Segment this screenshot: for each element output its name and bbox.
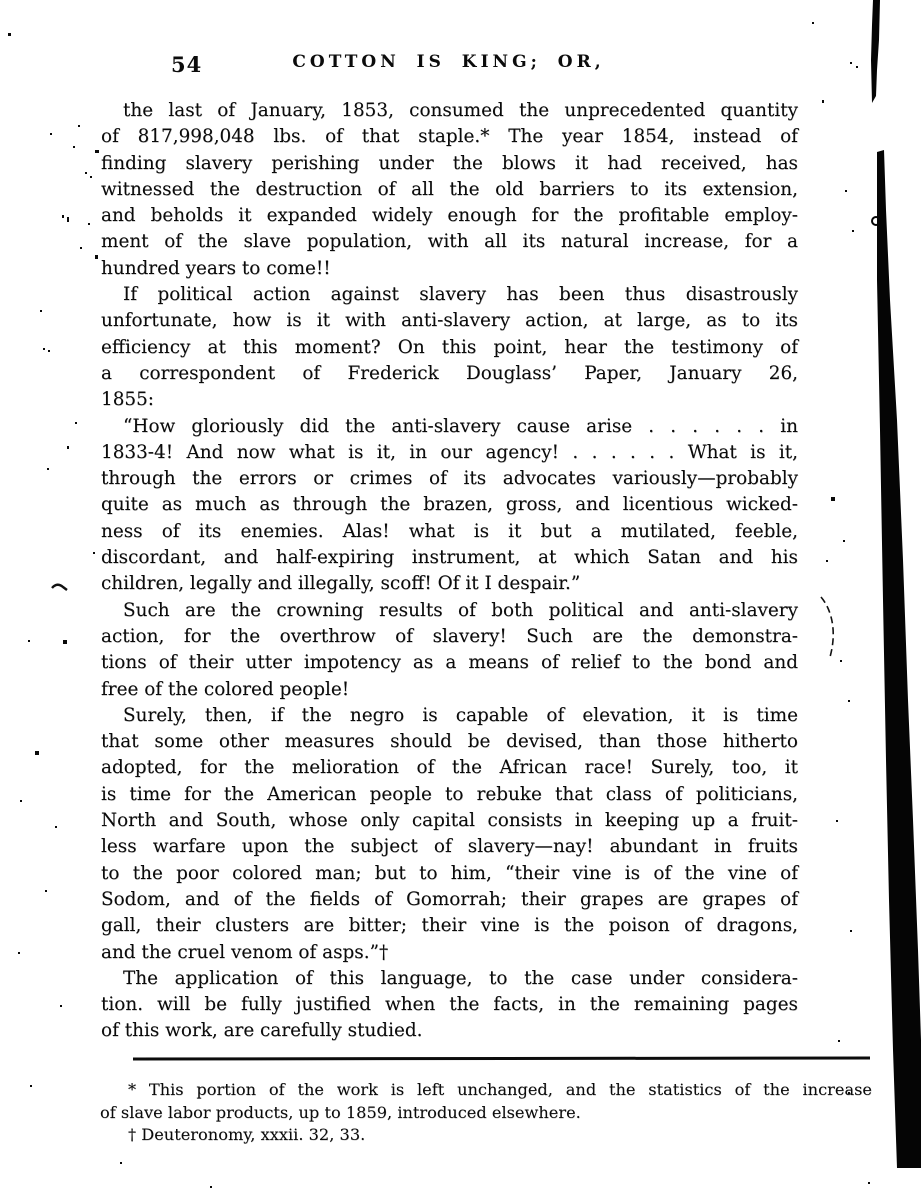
text-line: tion. will be fully justified when the f… [101,992,798,1018]
text-line: Surely, then, if the negro is capable of… [101,703,798,729]
text-line: that some other measures should be devis… [101,729,798,755]
text-line: witnessed the destruction of all the old… [101,177,798,203]
text-line: of 817,998,048 lbs. of that staple.* The… [101,124,798,150]
footnote-line: of slave labor products, up to 1859, int… [100,1102,872,1125]
paragraph: Such are the crowning results of both po… [101,598,798,703]
text-line: unfortunate, how is it with anti-slavery… [101,308,798,334]
text-line: free of the colored people! [101,677,798,703]
text-line: the last of January, 1853, consumed the … [101,98,798,124]
text-line: North and South, whose only capital cons… [101,808,798,834]
text-line: of this work, are carefully studied. [101,1018,798,1044]
paragraph: the last of January, 1853, consumed the … [101,98,798,282]
text-line: efficiency at this moment? On this point… [101,335,798,361]
text-line: quite as much as through the brazen, gro… [101,492,798,518]
text-line: ness of its enemies. Alas! what is it bu… [101,519,798,545]
footnotes: * This portion of the work is left uncha… [100,1079,872,1147]
paragraph: “How gloriously did the anti-slavery cau… [101,414,798,598]
text-line: a correspondent of Frederick Douglass’ P… [101,361,798,387]
text-line: hundred years to come!! [101,256,798,282]
text-line: to the poor colored man; but to him, “th… [101,861,798,887]
footnote-line: † Deuteronomy, xxxii. 32, 33. [100,1124,872,1147]
scan-edge-bar [877,150,921,1168]
text-line: finding slavery perishing under the blow… [101,151,798,177]
text-line: and beholds it expanded widely enough fo… [101,203,798,229]
footnote-divider [133,1056,870,1060]
text-line: action, for the overthrow of slavery! Su… [101,624,798,650]
scan-edge-bar-top [871,0,880,103]
scan-mark-loop [872,217,880,225]
text-line: ment of the slave population, with all i… [101,229,798,255]
paragraph: If political action against slavery has … [101,282,798,413]
paragraph: The application of this language, to the… [101,966,798,1045]
text-line: Sodom, and of the fields of Gomorrah; th… [101,887,798,913]
text-line: adopted, for the melioration of the Afri… [101,755,798,781]
text-line: gall, their clusters are bitter; their v… [101,913,798,939]
scan-mark-curve [821,597,833,657]
text-line: discordant, and half-expiring instrument… [101,545,798,571]
text-line: 1833-4! And now what is it, in our agenc… [101,440,798,466]
paragraph: Surely, then, if the negro is capable of… [101,703,798,966]
text-line: through the errors or crimes of its advo… [101,466,798,492]
running-head: COTTON IS KING; OR, [100,52,797,72]
scanned-page: 54 COTTON IS KING; OR, the last of Janua… [0,0,921,1200]
scan-mark-tilde [52,585,67,590]
text-line: tions of their utter impotency as a mean… [101,650,798,676]
text-line: The application of this language, to the… [101,966,798,992]
text-line: is time for the American people to rebuk… [101,782,798,808]
text-line: “How gloriously did the anti-slavery cau… [101,414,798,440]
text-line: children, legally and illegally, scoff! … [101,571,798,597]
text-line: 1855: [101,387,798,413]
body-text: the last of January, 1853, consumed the … [101,98,798,1045]
text-line: less warfare upon the subject of slavery… [101,834,798,860]
text-line: If political action against slavery has … [101,282,798,308]
footnote-line: * This portion of the work is left uncha… [100,1079,872,1102]
text-line: and the cruel venom of asps.”† [101,940,798,966]
text-line: Such are the crowning results of both po… [101,598,798,624]
